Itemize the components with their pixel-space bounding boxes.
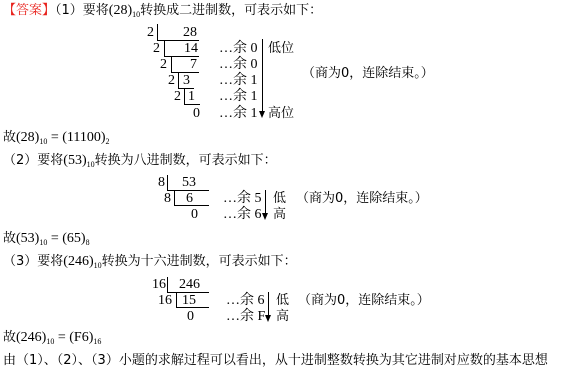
part1-number: (28) — [109, 3, 132, 18]
result-lhs: (28) — [16, 130, 39, 145]
part2-note: （商为0，连除结束。） — [296, 192, 428, 205]
part2-number: (53) — [63, 153, 86, 168]
result-eq: = — [47, 130, 62, 145]
conclusion-text: 由（1）、（2）、（3）小题的求解过程可以看出，从十进制整数转换为其它进制对应数… — [3, 354, 548, 367]
part1-intro: 【答案】（1）要将(28)10转换成二进制数，可表示如下： — [3, 4, 322, 19]
low-label: 低 — [276, 294, 289, 307]
high-label: 高位 — [268, 107, 294, 120]
divisor: 16 — [158, 294, 172, 308]
part3-number: (246) — [63, 254, 93, 269]
part1-result: 故(28)10 = (11100)2 — [3, 131, 110, 146]
result-prefix: 故 — [3, 130, 16, 145]
result-rhs-base: 2 — [106, 137, 110, 146]
remainder: …余 6 — [223, 208, 262, 222]
part3-note: （商为0，连除结束。） — [298, 294, 430, 307]
divisor: 8 — [164, 192, 171, 206]
arrow-down-icon — [265, 190, 266, 215]
part3-result: 故(246)10 = (F6)16 — [3, 331, 101, 346]
part1-intro-prefix: （1）要将 — [55, 3, 109, 18]
remainder: …余 0 — [219, 42, 258, 56]
part2-number-base: 10 — [87, 160, 95, 169]
divisor: 2 — [160, 58, 167, 72]
dividend: 246 — [179, 278, 200, 292]
result-lhs: (53) — [16, 231, 39, 246]
arrow-down-icon — [268, 292, 269, 317]
low-label: 低位 — [268, 42, 294, 55]
high-label: 高 — [276, 310, 289, 323]
result-eq: = — [54, 330, 69, 345]
part2-intro-suffix: 转换为八进制数，可表示如下： — [95, 153, 277, 168]
divisor: 8 — [158, 176, 165, 190]
arrow-head-icon — [259, 111, 265, 118]
dividend: 3 — [183, 74, 190, 88]
remainder: …余 1 — [219, 74, 258, 88]
quotient: 0 — [191, 208, 198, 222]
remainder: …余 0 — [219, 58, 258, 72]
part3-intro-prefix: （3）要将 — [3, 254, 63, 269]
result-rhs: (11100) — [62, 130, 105, 145]
divisor: 2 — [168, 74, 175, 88]
result-lhs: (246) — [16, 330, 46, 345]
result-eq: = — [47, 231, 62, 246]
remainder: …余 1 — [219, 107, 258, 121]
result-rhs: (F6) — [69, 330, 93, 345]
part3-intro: （3）要将(246)10转换为十六进制数，可表示如下： — [3, 255, 297, 270]
remainder: …余 5 — [223, 192, 262, 206]
arrow-down-icon — [262, 39, 263, 112]
divisor: 2 — [174, 90, 181, 104]
quotient: 0 — [187, 310, 194, 324]
quotient: 0 — [193, 107, 200, 121]
part1-number-base: 10 — [132, 10, 140, 19]
result-rhs-base: 8 — [86, 238, 90, 247]
dividend: 14 — [184, 42, 198, 56]
low-label: 低 — [273, 192, 286, 205]
part1-intro-suffix: 转换成二进制数，可表示如下： — [140, 3, 322, 18]
result-rhs-base: 16 — [93, 337, 101, 346]
result-rhs: (65) — [62, 231, 85, 246]
dividend: 53 — [182, 176, 196, 190]
divisor: 16 — [152, 278, 166, 292]
remainder: …余 1 — [219, 90, 258, 104]
dividend: 15 — [182, 294, 196, 308]
part3-intro-suffix: 转换为十六进制数，可表示如下： — [102, 254, 297, 269]
part3-number-base: 10 — [94, 261, 102, 270]
dividend: 28 — [183, 26, 197, 40]
result-prefix: 故 — [3, 231, 16, 246]
part2-intro-prefix: （2）要将 — [3, 153, 63, 168]
answer-tag: 【答案】 — [3, 3, 55, 18]
high-label: 高 — [273, 208, 286, 221]
dividend: 7 — [190, 58, 197, 72]
part2-result: 故(53)10 = (65)8 — [3, 232, 90, 247]
part1-note: （商为0，连除结束。） — [302, 67, 434, 80]
arrow-head-icon — [265, 315, 271, 322]
part2-intro: （2）要将(53)10转换为八进制数，可表示如下： — [3, 154, 277, 169]
dividend: 1 — [188, 90, 195, 104]
divisor: 2 — [147, 26, 154, 40]
result-prefix: 故 — [3, 330, 16, 345]
arrow-head-icon — [262, 213, 268, 220]
remainder: …余 6 — [226, 294, 265, 308]
dividend: 6 — [186, 192, 193, 206]
divisor: 2 — [153, 42, 160, 56]
remainder: …余 F — [226, 310, 265, 324]
